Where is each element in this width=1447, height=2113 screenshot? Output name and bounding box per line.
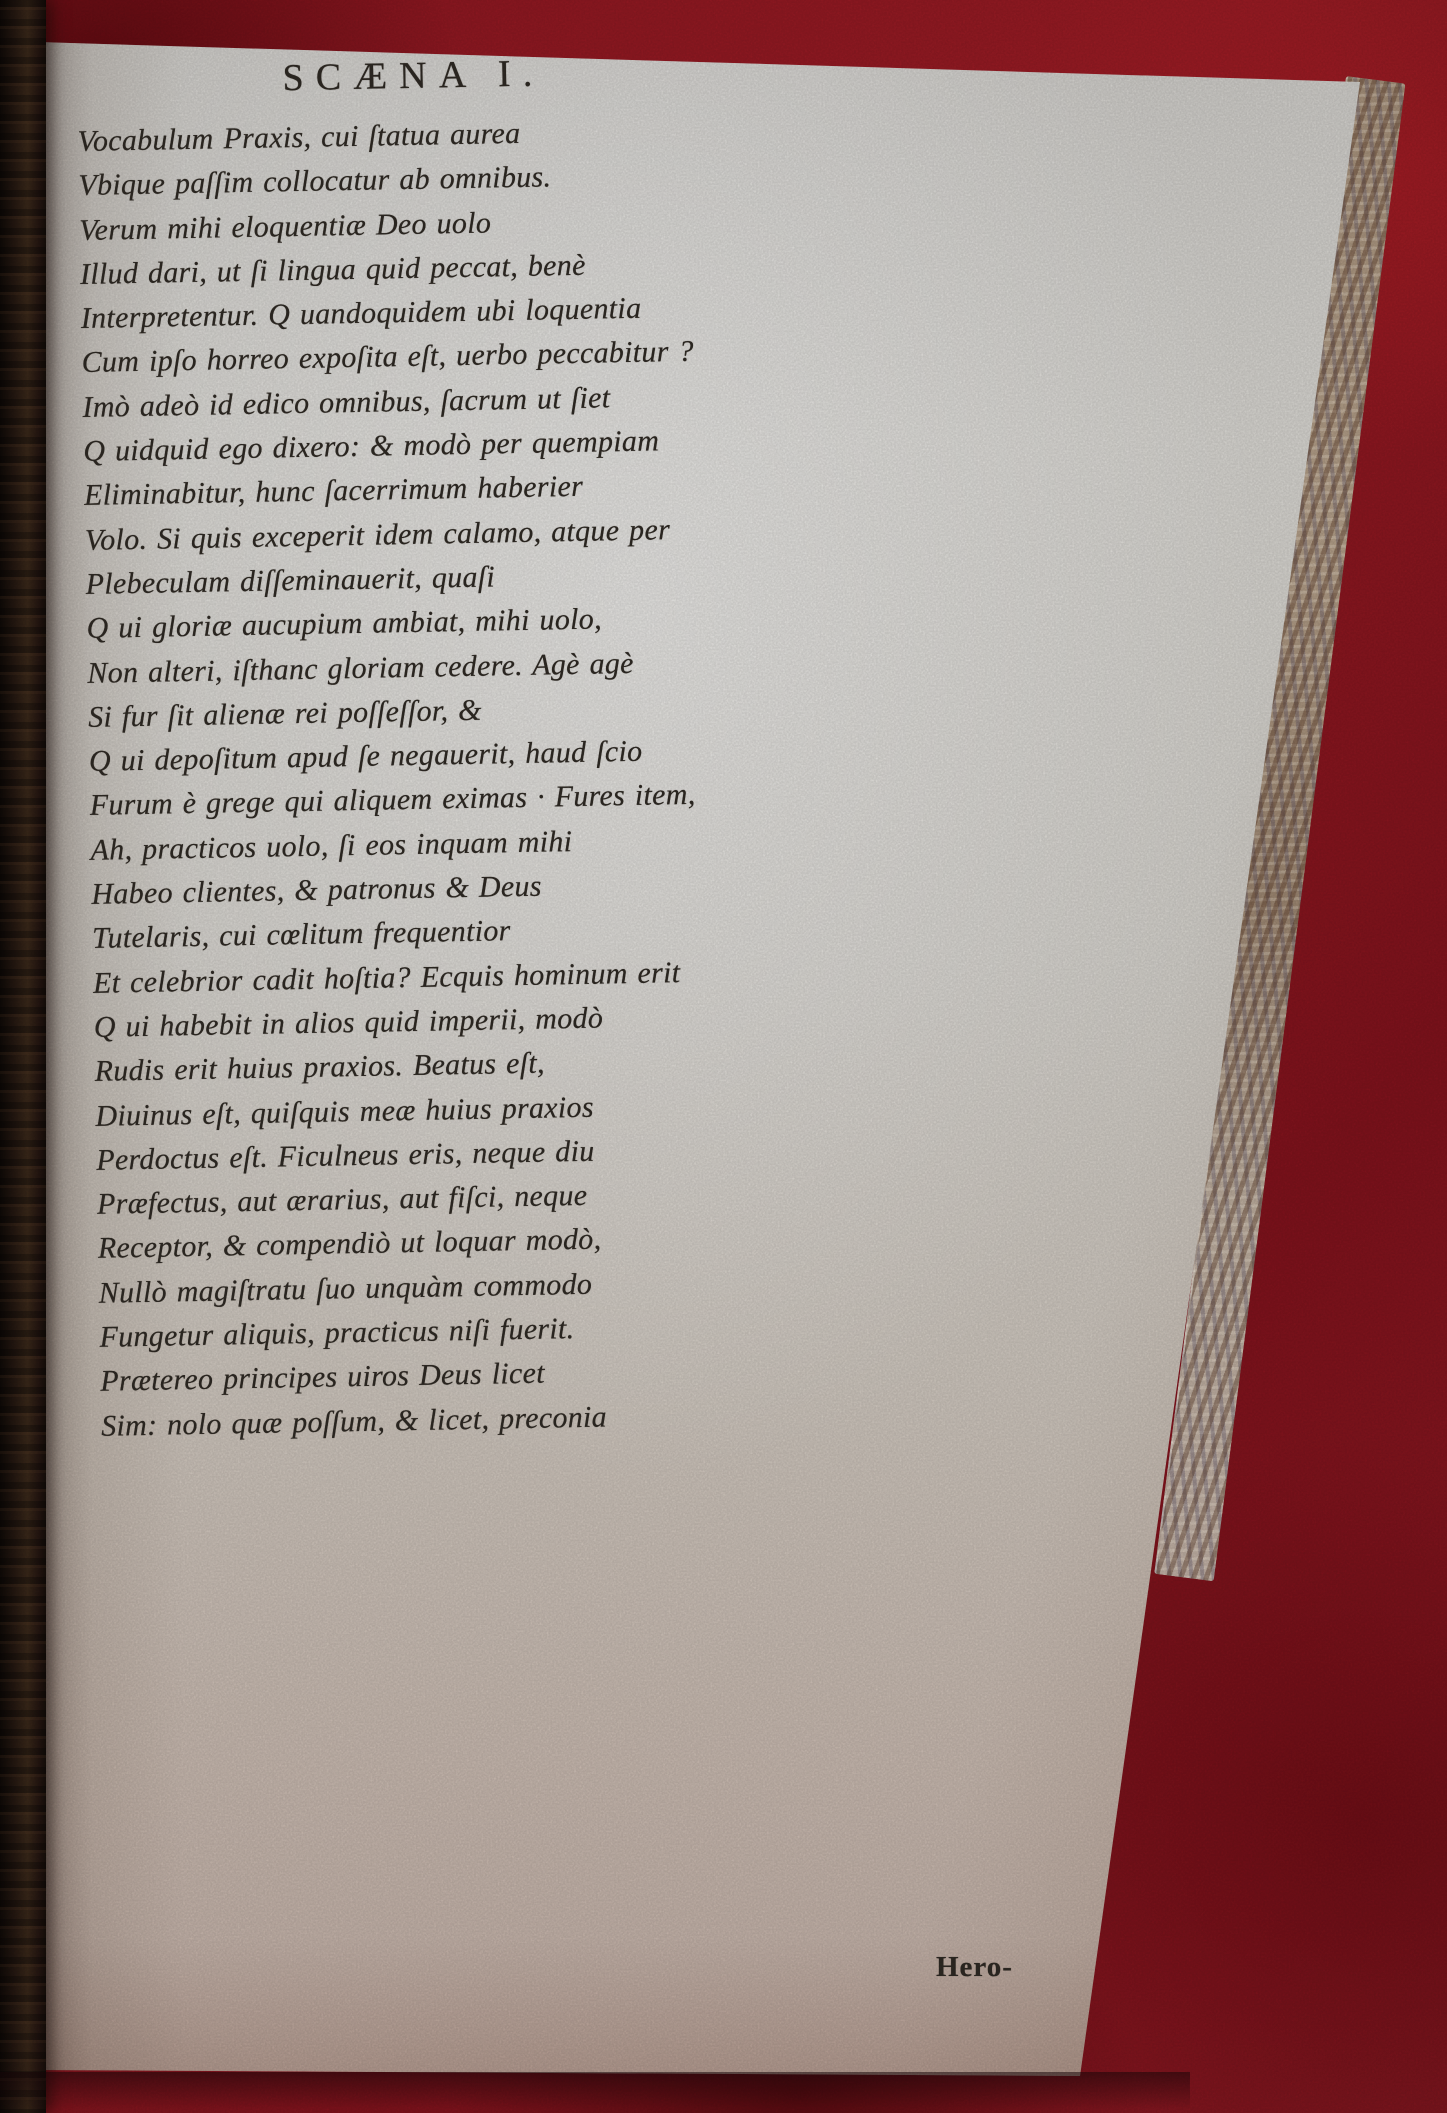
book-photo-scene: SCÆNA I. Vocabulum Praxis, cui ſtatua au… <box>0 0 1447 2113</box>
catchword: Hero- <box>936 1951 1013 1984</box>
printed-text-area: SCÆNA I. Vocabulum Praxis, cui ſtatua au… <box>76 40 851 1953</box>
verse-text-block: Vocabulum Praxis, cui ſtatua aurea Vbiqu… <box>77 109 713 1449</box>
scene-heading: SCÆNA I. <box>282 51 545 100</box>
book-spine <box>0 0 46 2113</box>
page-bottom-shadow <box>0 2072 1190 2113</box>
